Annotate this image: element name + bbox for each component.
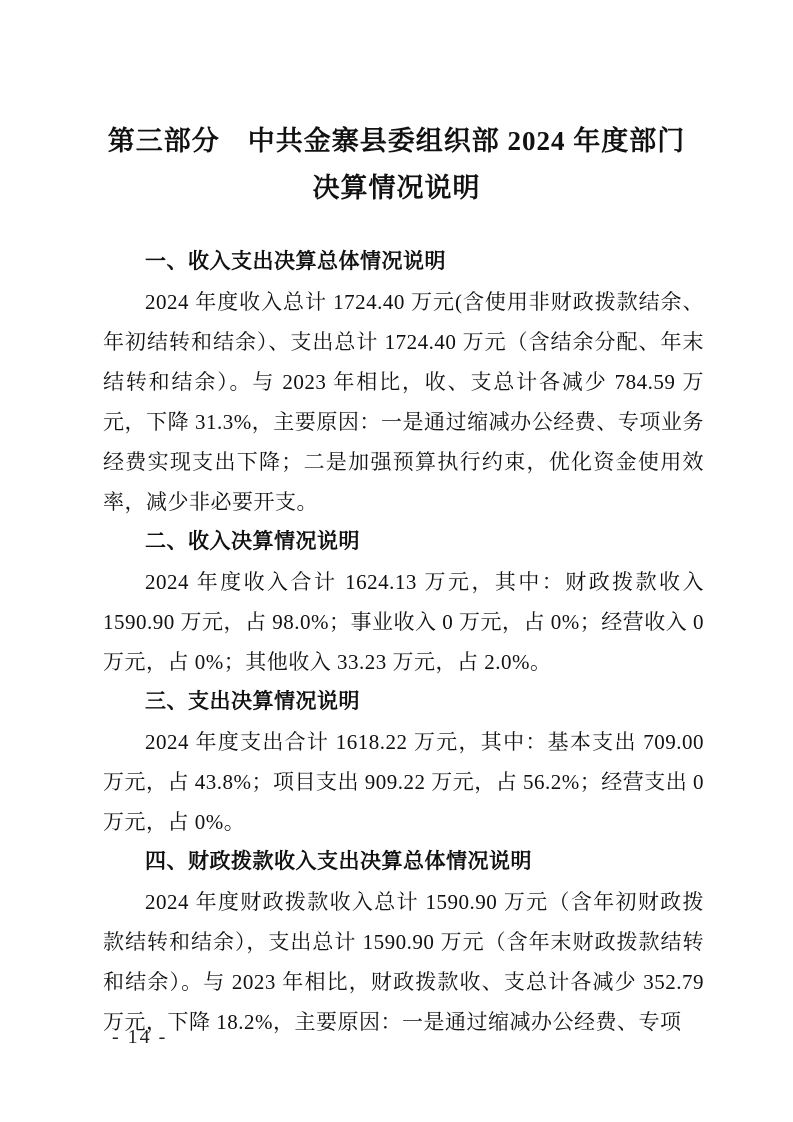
page-number: - 14 - [112, 1026, 167, 1049]
page-title: 第三部分 中共金寨县委组织部 2024 年度部门 决算情况说明 [0, 0, 793, 212]
section-paragraph: 2024 年度财政拨款收入总计 1590.90 万元（含年初财政拨款结转和结余）… [103, 882, 704, 1042]
section-income-details: 二、收入决算情况说明 2024 年度收入合计 1624.13 万元，其中：财政拨… [103, 522, 704, 682]
section-heading: 二、收入决算情况说明 [103, 522, 704, 562]
page-title-line-1: 第三部分 中共金寨县委组织部 2024 年度部门 [0, 118, 793, 165]
section-fiscal-appropriation-overview: 四、财政拨款收入支出决算总体情况说明 2024 年度财政拨款收入总计 1590.… [103, 842, 704, 1042]
document-body: 一、收入支出决算总体情况说明 2024 年度收入总计 1724.40 万元(含使… [103, 242, 704, 1042]
section-income-expenditure-overview: 一、收入支出决算总体情况说明 2024 年度收入总计 1724.40 万元(含使… [103, 242, 704, 522]
section-heading: 一、收入支出决算总体情况说明 [103, 242, 704, 282]
section-heading: 四、财政拨款收入支出决算总体情况说明 [103, 842, 704, 882]
section-paragraph: 2024 年度支出合计 1618.22 万元，其中：基本支出 709.00 万元… [103, 722, 704, 842]
section-paragraph: 2024 年度收入合计 1624.13 万元，其中：财政拨款收入 1590.90… [103, 562, 704, 682]
section-heading: 三、支出决算情况说明 [103, 682, 704, 722]
page-title-line-2: 决算情况说明 [0, 165, 793, 212]
section-expenditure-details: 三、支出决算情况说明 2024 年度支出合计 1618.22 万元，其中：基本支… [103, 682, 704, 842]
document-page: 第三部分 中共金寨县委组织部 2024 年度部门 决算情况说明 一、收入支出决算… [0, 0, 793, 1122]
section-paragraph: 2024 年度收入总计 1724.40 万元(含使用非财政拨款结余、年初结转和结… [103, 282, 704, 522]
